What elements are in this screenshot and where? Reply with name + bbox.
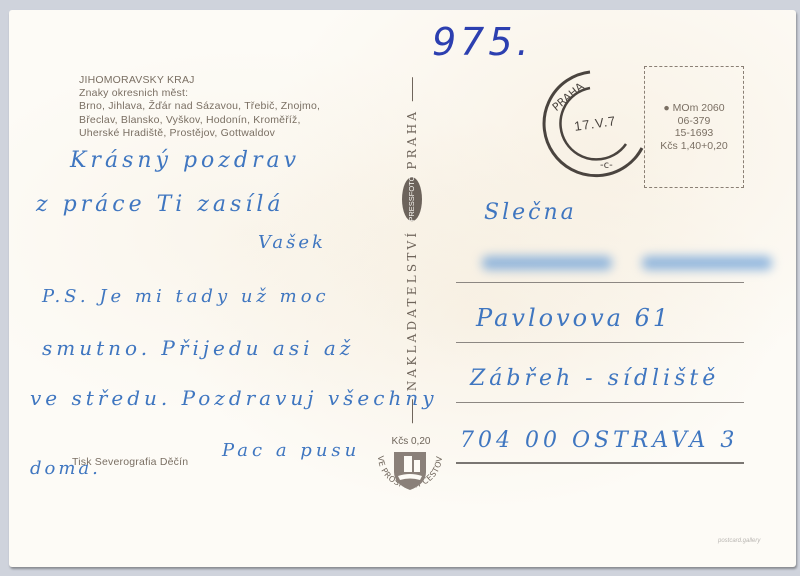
watermark: postcard.gallery [718, 538, 760, 544]
region-subtitle: Znaky okresnich měst: [79, 87, 320, 100]
towns-line: Uherské Hradiště, Prostějov, Gottwaldov [79, 127, 320, 140]
message-line: ve středu. Pozdravuj všechny [30, 386, 438, 410]
towns-line: Brno, Jihlava, Žďár nad Sázavou, Třebič,… [79, 100, 320, 113]
publisher-name: NAKLADATELSTVÍ [405, 230, 419, 392]
message-line: smutno. Přijedu asi až [42, 336, 354, 360]
address-street: Pavlovova 61 [476, 304, 671, 332]
divider-rule [412, 77, 413, 101]
message-line: doma. [30, 458, 101, 479]
svg-text:-c-: -c- [600, 160, 613, 171]
message-line: P.S. Je mi tady už moc [42, 286, 330, 307]
region-title: JIHOMORAVSKY KRAJ [79, 74, 320, 87]
castle-shield-icon: VE PROSPĚCH CESTOVNÍHO RUCHU [370, 446, 450, 506]
region-info: JIHOMORAVSKY KRAJ Znaky okresnich měst: … [79, 74, 320, 140]
stamp-code: 06-379 [645, 115, 743, 128]
postmark-town: PRAHA [550, 80, 587, 114]
message-signature: Vašek [258, 232, 326, 253]
divider-rule [412, 399, 413, 423]
address-name-redacted [472, 250, 772, 278]
stamp-code: ● MOm 2060 [645, 102, 743, 115]
address-city: 704 00 OSTRAVA 3 [460, 428, 738, 453]
message-line: z práce Ti zasílá [36, 192, 285, 217]
pressfoto-logo-icon: PRESSFOTO [402, 178, 422, 222]
stamp-code: 15-1693 [645, 127, 743, 140]
message-line: Krásný pozdrav [70, 148, 300, 173]
publisher-divider: NAKLADATELSTVÍ PRESSFOTO PRAHA [398, 60, 426, 440]
address-salutation: Slečna [484, 200, 577, 225]
address-line [456, 402, 744, 403]
message-line: Pac a pusu [222, 440, 360, 461]
address-line [456, 282, 744, 283]
postmark: PRAHA -c- 17.V.7 [530, 60, 650, 190]
towns-line: Břeclav, Blansko, Vyškov, Hodonín, Kromě… [79, 114, 320, 127]
tourism-stamp: Kčs 0,20 VE PROSPĚCH CESTOVNÍHO RUCHU [370, 436, 450, 506]
publisher-city: PRAHA [405, 109, 419, 170]
stamp-price: Kčs 1,40+0,20 [645, 140, 743, 153]
address-line [456, 342, 744, 343]
reference-number: 975. [432, 20, 533, 64]
address-line [456, 462, 744, 464]
address-district: Zábřeh - sídliště [470, 366, 719, 391]
stamp-box: ● MOm 2060 06-379 15-1693 Kčs 1,40+0,20 [644, 66, 744, 188]
